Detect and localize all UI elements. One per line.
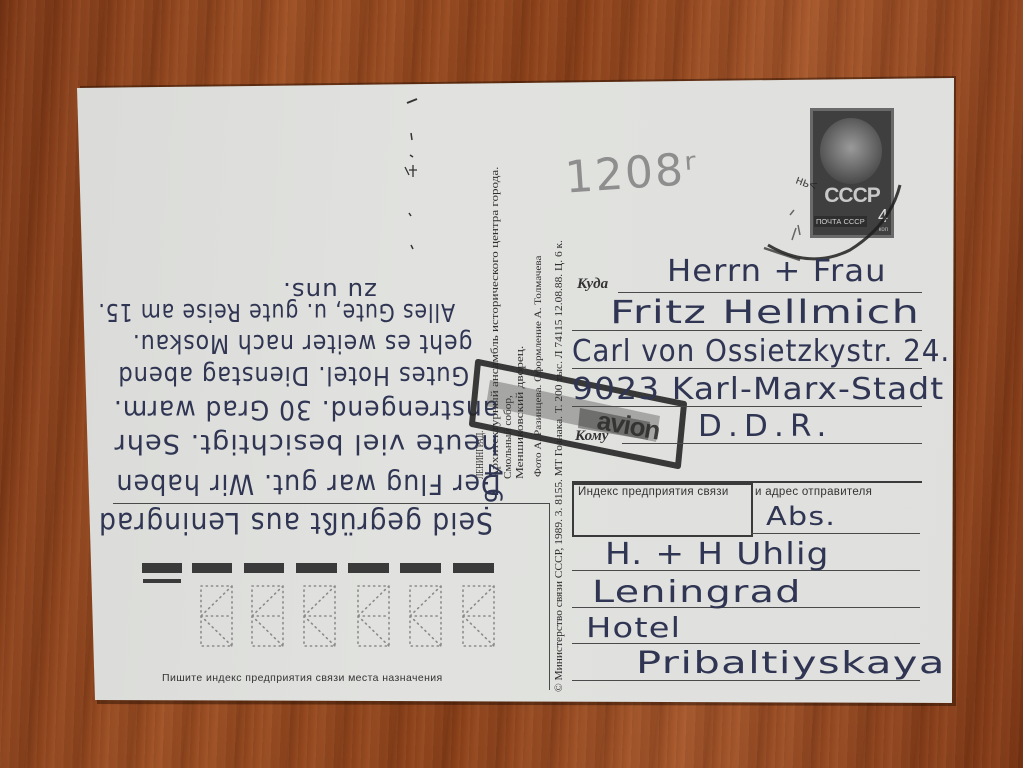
postmark: нь<: [740, 100, 920, 270]
recipient-line: Herrn + Frau: [667, 254, 887, 289]
sender-index-label: Индекс предприятия связи: [578, 486, 729, 498]
recipient-line: Fritz Hellmich: [610, 293, 920, 331]
postcode-bar-small: [143, 579, 181, 583]
pencil-note: 1208ʳ: [563, 143, 700, 203]
message-line: Der Flug war gut. Wir haben: [115, 468, 500, 501]
sender-line-text: Pribaltiyskaya: [636, 646, 946, 681]
airmail-stamp: [460, 350, 700, 480]
message-line: zu uns.: [282, 277, 377, 305]
postcode-bar: [142, 563, 182, 573]
recipient-line: Carl von Ossietzkystr. 24.: [572, 334, 950, 369]
message-line: Alles Gute, u. gute Reise am 15.: [97, 298, 455, 327]
recipient-line: D.D.R.: [698, 409, 833, 444]
to-label: Куда: [577, 276, 608, 293]
sender-line-text: Hotel: [586, 611, 681, 644]
recipient-line: 9023 Karl-Marx-Stadt: [572, 372, 944, 407]
sender-line: [751, 533, 920, 534]
recipient-label: Кому: [575, 428, 608, 445]
postcard: 1208ʳ СССР ПОЧТА СССР 4 коп нь< ЛЕНИНГРА…: [0, 0, 1023, 768]
message-line: Seid gegrüßt aus Leningrad: [98, 506, 493, 540]
postcode-bar: [296, 563, 337, 573]
postcode-digit-template[interactable]: [250, 584, 286, 648]
postcode-digit-template[interactable]: [302, 584, 338, 648]
postcode-instruction: Пишите индекс предприятия связи места на…: [162, 672, 443, 684]
postcode-bar: [244, 563, 284, 573]
message-line: Gutes Hotel. Dienstag abend: [117, 360, 469, 390]
postcode-bar: [400, 563, 441, 573]
side-divider-line: [549, 503, 550, 690]
sender-line-text: Leningrad: [592, 575, 802, 610]
sender-address-label: и адрес отправителя: [755, 486, 872, 498]
sender-line-text: Abs.: [766, 502, 836, 532]
postcode-digit-template[interactable]: [461, 584, 497, 648]
message-line: geht es weiter nach Moskau.: [132, 328, 472, 358]
message-line: anstrengend. 30 Grad warm.: [113, 394, 498, 425]
svg-text:нь<: нь<: [794, 172, 819, 193]
postcode-digit-template[interactable]: [408, 584, 444, 648]
postcode-bar: [192, 563, 232, 573]
pen-marks: [395, 95, 435, 255]
sender-line-text: H. + H Uhlig: [605, 537, 830, 572]
postcode-bar: [348, 563, 389, 573]
postcode-digit-template[interactable]: [356, 584, 392, 648]
message-line: heute viel besichtigt. Sehr: [113, 428, 498, 459]
postcode-bar: [453, 563, 494, 573]
postcode-digit-template[interactable]: [199, 584, 235, 648]
